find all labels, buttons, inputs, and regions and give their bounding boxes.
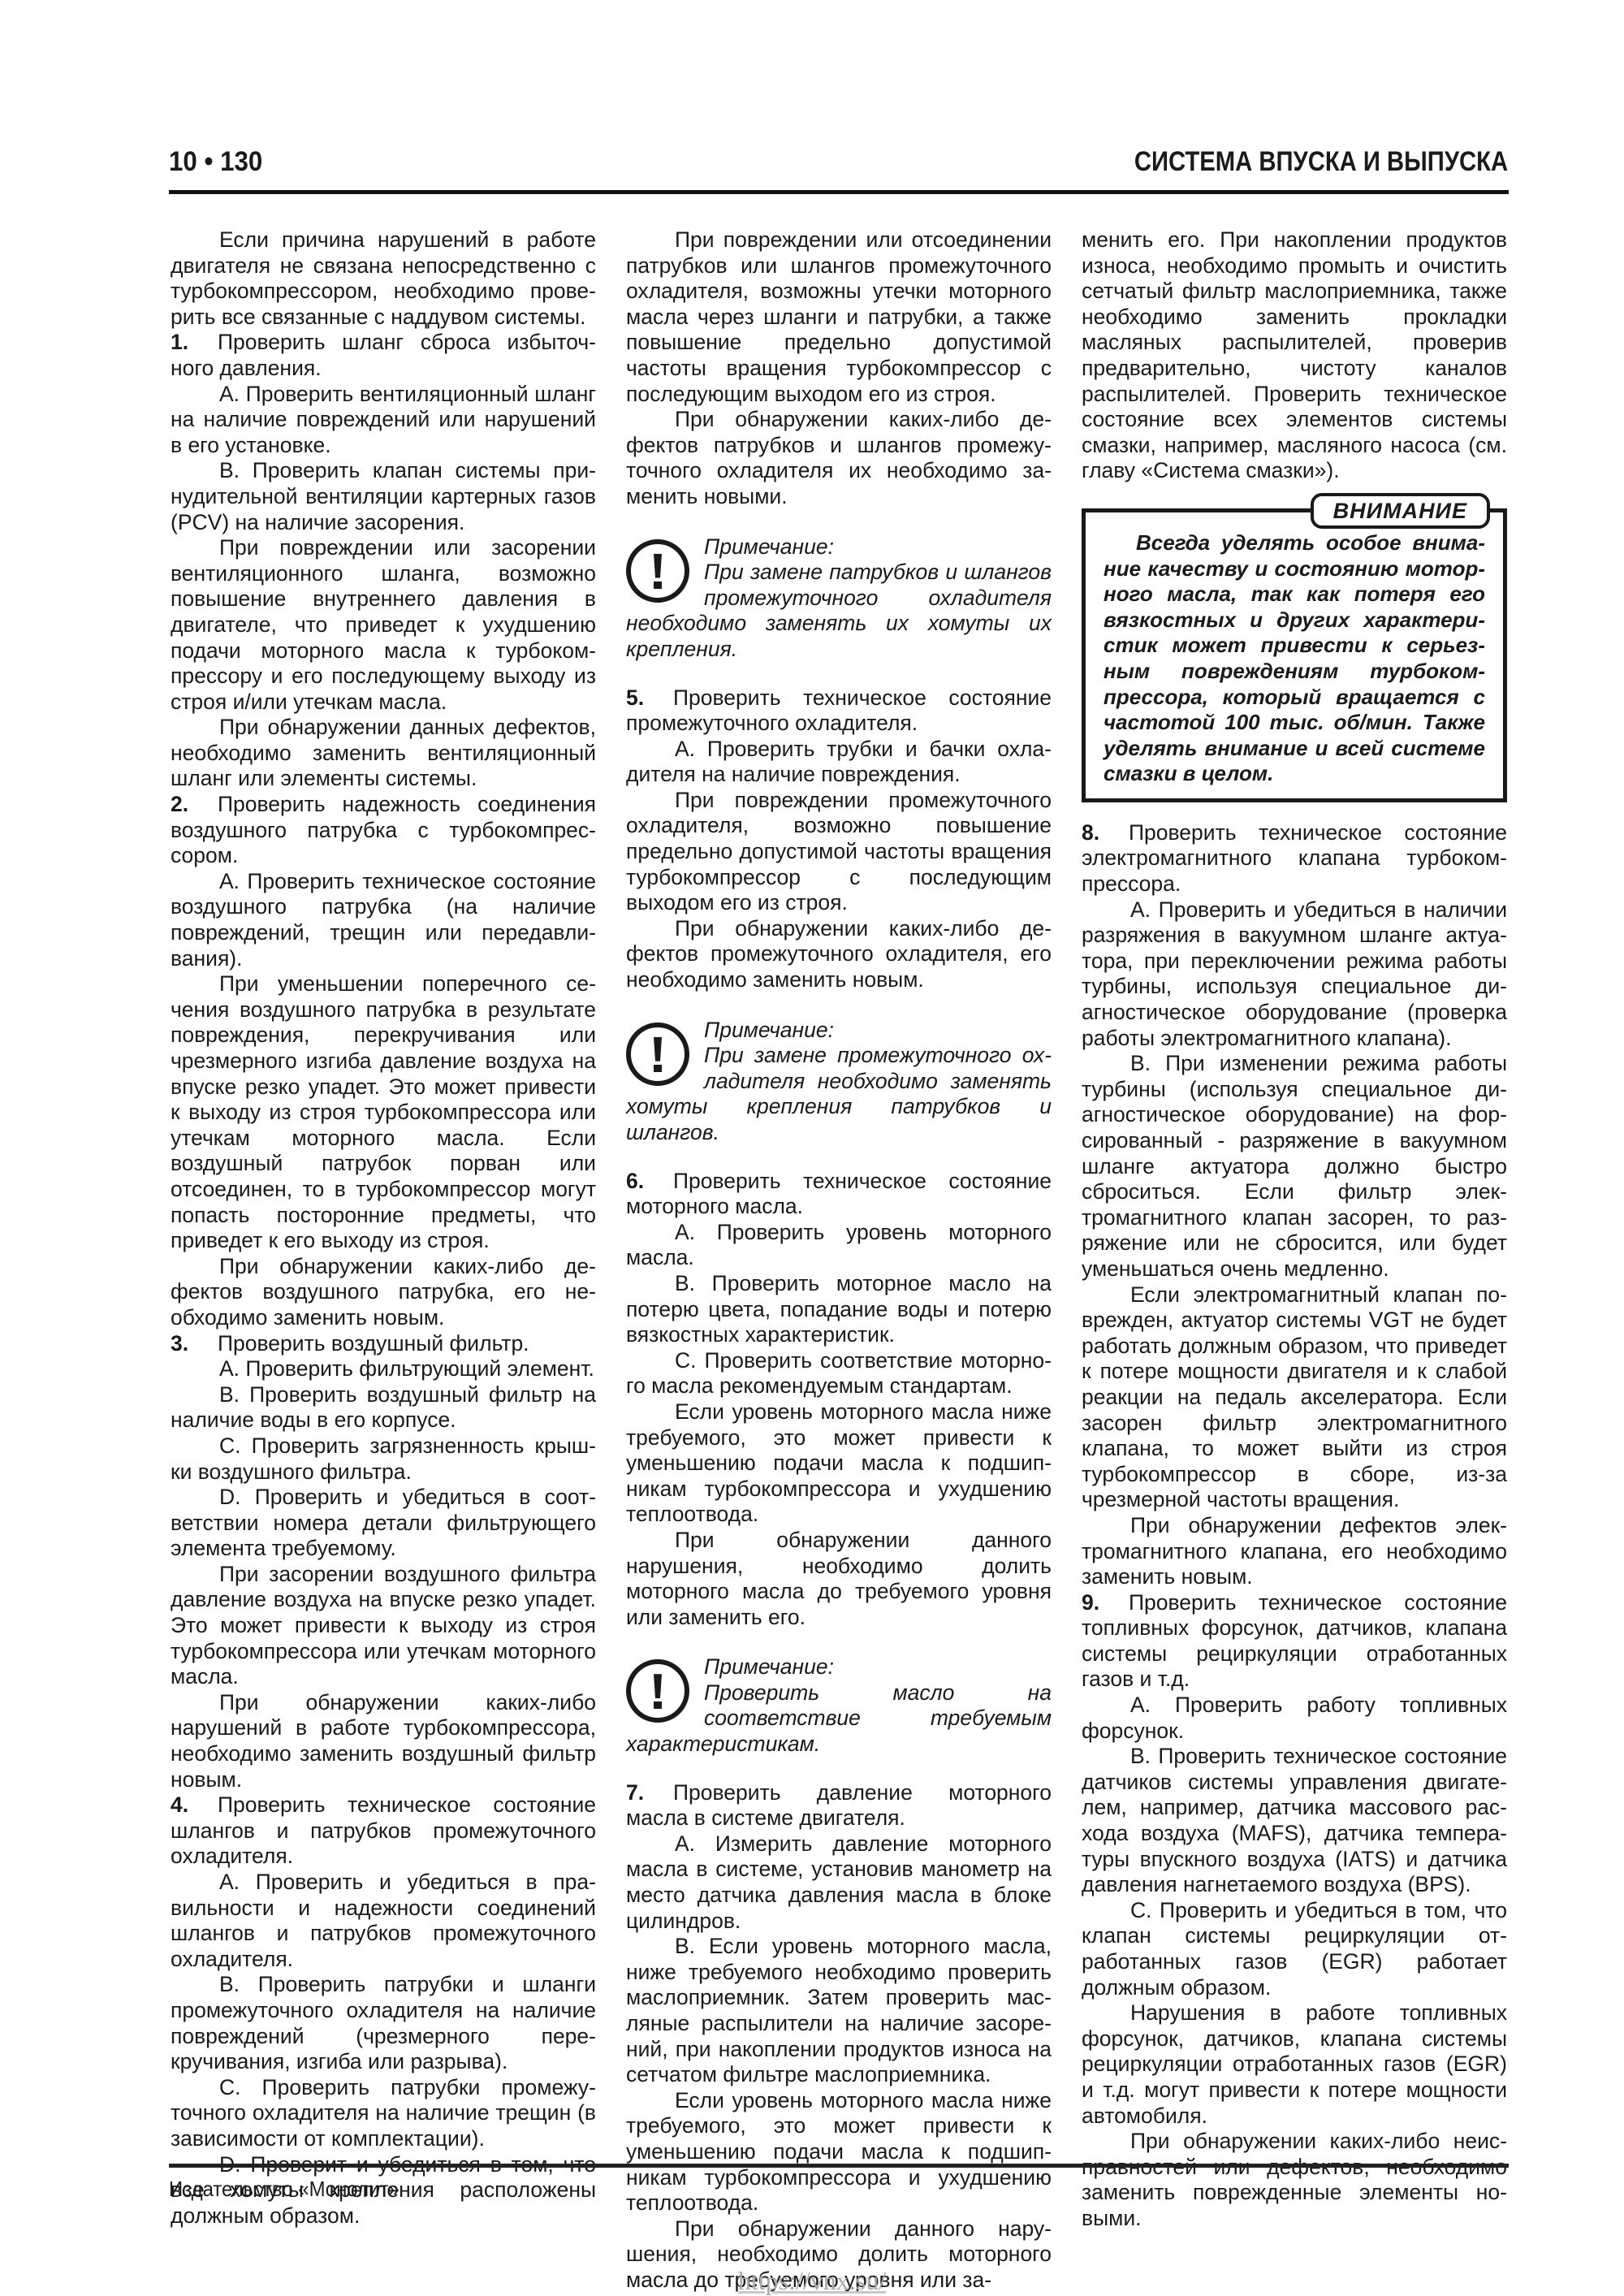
- paragraph: Если уровень моторного масла ниже требуе…: [626, 1399, 1052, 1528]
- substep-1b: В. Проверить клапан системы при­нудитель…: [171, 458, 596, 535]
- exclamation-icon: [626, 1659, 689, 1723]
- substep-3b: В. Проверить воздушный фильтр на наличие…: [171, 1382, 596, 1433]
- substep-6b: В. Проверить моторное масло на потерю цв…: [626, 1271, 1052, 1348]
- paragraph: При обнаружении каких-либо наруше­ний в …: [171, 1690, 596, 1792]
- paragraph: При повреждении промежуточно­го охладите…: [626, 788, 1052, 916]
- substep-9a: А. Проверить работу топливных форсунок.: [1082, 1693, 1507, 1744]
- warning-label: ВНИМАНИЕ: [1311, 493, 1490, 529]
- substep-9c: С. Проверить и убедиться в том, что клап…: [1082, 1898, 1507, 2000]
- paragraph: При повреждении или отсоединении патрубк…: [626, 227, 1052, 407]
- column-2: При повреждении или отсоединении патрубк…: [626, 227, 1052, 2294]
- step-5: 5.Проверить техническое состояние промеж…: [626, 685, 1052, 737]
- note-text: Проверить масло на соответствие требуемы…: [626, 1680, 1052, 1756]
- substep-3d: D. Проверить и убедиться в соот­ветствии…: [171, 1485, 596, 1562]
- step-7: 7.Проверить давление моторного масла в с…: [626, 1780, 1052, 1831]
- substep-8a: А. Проверить и убедиться в наличии разря…: [1082, 897, 1507, 1052]
- step-title: Проверить техническое состояние топливны…: [1082, 1590, 1507, 1692]
- note-text: При замене патрубков и шлан­гов промежут…: [626, 560, 1052, 661]
- paragraph: Если причина нарушений в работе двигател…: [171, 227, 596, 330]
- note-title: Примечание:: [626, 534, 1052, 560]
- paragraph: При обнаружении данных дефек­тов, необхо…: [171, 715, 596, 792]
- paragraph: менить его. При накоплении продуктов изн…: [1082, 227, 1507, 484]
- substep-6c: С. Проверить соответствие моторно­го мас…: [626, 1348, 1052, 1399]
- substep-3a: А. Проверить фильтрующий эле­мент.: [171, 1356, 596, 1382]
- paragraph: Нарушения в работе топливных форсунок, д…: [1082, 2000, 1507, 2129]
- note-title: Примечание:: [626, 1018, 1052, 1044]
- substep-5a: А. Проверить трубки и бачки охла­дителя …: [626, 737, 1052, 788]
- substep-4a: А. Проверить и убедиться в пра­вильности…: [171, 1870, 596, 1972]
- step-title: Проверить техническое состояние шлангов …: [171, 1792, 596, 1868]
- note-title: Примечание:: [626, 1654, 1052, 1680]
- paragraph: При обнаружении данного нарушения, необх…: [626, 1528, 1052, 1630]
- step-number: 5.: [626, 685, 673, 711]
- substep-9b: В. Проверить техническое состояние датчи…: [1082, 1744, 1507, 1898]
- note-box: Примечание: При замене патрубков и шлан­…: [626, 534, 1052, 663]
- note-box: Примечание: Проверить масло на соответст…: [626, 1654, 1052, 1757]
- step-title: Проверить воздушный фильтр.: [218, 1331, 529, 1356]
- step-6: 6.Проверить техническое состояние моторн…: [626, 1169, 1052, 1220]
- step-title: Проверить техническое состояние электром…: [1082, 820, 1507, 896]
- step-title: Проверить техническое состояние моторног…: [626, 1169, 1052, 1219]
- column-1: Если причина нарушений в работе двигател…: [171, 227, 596, 2229]
- step-number: 1.: [171, 330, 218, 356]
- step-title: Проверить давление моторного масла в сис…: [626, 1780, 1052, 1831]
- substep-7b: В. Если уровень моторного масла, ниже тр…: [626, 1934, 1052, 2088]
- step-title: Проверить шланг сброса избыточ­ного давл…: [171, 330, 596, 380]
- step-number: 8.: [1082, 820, 1129, 846]
- substep-4c: С. Проверить патрубки промежу­точного ох…: [171, 2075, 596, 2152]
- paragraph: При обнаружении дефектов элек­тромагнитн…: [1082, 1513, 1507, 1590]
- exclamation-icon: [626, 539, 689, 603]
- paragraph: При уменьшении поперечного се­чения возд…: [171, 971, 596, 1254]
- substep-1a: А. Проверить вентиляционный шланг на нал…: [171, 382, 596, 459]
- step-number: 7.: [626, 1780, 673, 1806]
- header-rule: [169, 190, 1509, 194]
- step-title: Проверить техническое состояние промежут…: [626, 685, 1052, 736]
- substep-4b: В. Проверить патрубки и шланги промежуто…: [171, 1972, 596, 2074]
- step-8: 8.Проверить техническое состояние электр…: [1082, 820, 1507, 897]
- substep-8b: В. При изменении режима работы турбины (…: [1082, 1051, 1507, 1282]
- step-number: 3.: [171, 1331, 218, 1357]
- step-3: 3.Проверить воздушный фильтр.: [171, 1331, 596, 1357]
- section-title: СИСТЕМА ВПУСКА И ВЫПУСКА: [1134, 146, 1508, 178]
- step-4: 4.Проверить техническое состояние шланго…: [171, 1792, 596, 1870]
- step-1: 1.Проверить шланг сброса избыточ­ного да…: [171, 330, 596, 381]
- page-number: 10 • 130: [169, 146, 262, 178]
- paragraph: При повреждении или засорении вентиляцио…: [171, 535, 596, 715]
- watermark-link[interactable]: https://vnx.su/: [0, 2266, 1624, 2296]
- warning-box: ВНИМАНИЕ Всегда уделять особое внима­ние…: [1082, 508, 1507, 802]
- substep-3c: С. Проверить загрязненность крыш­ки возд…: [171, 1433, 596, 1485]
- paragraph: При засорении воздушного филь­тра давлен…: [171, 1562, 596, 1690]
- substep-2a: А. Проверить техническое состоя­ние возд…: [171, 869, 596, 971]
- step-number: 4.: [171, 1792, 218, 1818]
- paragraph: Если электромагнитный клапан по­врежден,…: [1082, 1282, 1507, 1513]
- paragraph: При обнаружении каких-либо де­фектов пат…: [626, 407, 1052, 509]
- step-9: 9.Проверить техническое состояние топлив…: [1082, 1590, 1507, 1693]
- step-number: 6.: [626, 1169, 673, 1195]
- paragraph: Если уровень моторного масла ниже требуе…: [626, 2088, 1052, 2216]
- step-title: Проверить надежность соединения воздушно…: [171, 792, 596, 867]
- substep-7a: А. Измерить давление моторно­го масла в …: [626, 1831, 1052, 1934]
- substep-6a: А. Проверить уровень моторного масла.: [626, 1220, 1052, 1271]
- paragraph: При обнаружении каких-либо де­фектов про…: [626, 916, 1052, 993]
- exclamation-icon: [626, 1023, 689, 1086]
- note-text: При замене промежуточного ох­ладителя не…: [626, 1043, 1052, 1144]
- paragraph: При обнаружении каких-либо де­фектов воз…: [171, 1254, 596, 1331]
- note-box: Примечание: При замене промежуточного ох…: [626, 1018, 1052, 1146]
- publisher-name: Издательство «Монолит»: [169, 2177, 400, 2202]
- step-number: 9.: [1082, 1590, 1129, 1616]
- warning-text: Всегда уделять особое внима­ние качеству…: [1104, 530, 1485, 787]
- footer-rule: [169, 2164, 1509, 2168]
- step-2: 2.Проверить надежность соединения воздуш…: [171, 792, 596, 869]
- step-number: 2.: [171, 792, 218, 818]
- paragraph: При обнаружении каких-либо неис­правност…: [1082, 2129, 1507, 2231]
- column-3: менить его. При накоплении продуктов изн…: [1082, 227, 1507, 2232]
